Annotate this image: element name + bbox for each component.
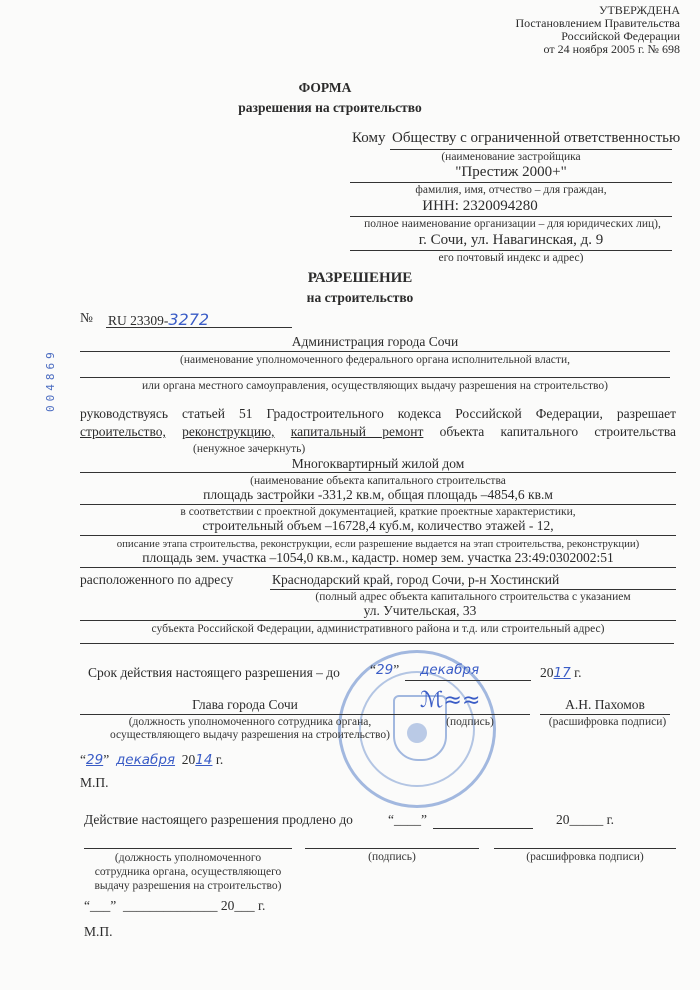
object-hint: (наименование объекта капитального строи… (80, 475, 676, 487)
signer-name-underline (540, 714, 670, 715)
authority-underline (80, 351, 670, 352)
strike-hint: (ненужное зачеркнуть) (193, 443, 305, 455)
area-line: площадь застройки -331,2 кв.м, общая пло… (80, 487, 676, 503)
handwritten-signature: ℳ≈≈ (420, 688, 480, 713)
stage-hint: описание этапа строительства, реконструк… (70, 538, 686, 550)
extension-year-unit: г. (607, 812, 614, 827)
extension-month-underline (433, 828, 533, 829)
validity-year-prefix: 20 (540, 665, 554, 680)
authority-hint1: (наименование уполномоченного федерально… (80, 354, 670, 366)
permit-title: РАЗРЕШЕНИЕ (270, 270, 450, 287)
volume-line: строительный объем –16728,4 куб.м, колич… (80, 518, 676, 534)
ext-date-year-prefix: 20 (221, 898, 235, 913)
signer-name-hint: (расшифровка подписи) (535, 716, 680, 728)
issue-date: “29” декабря 2014 г. (80, 752, 223, 768)
permit-authority: Администрация города Сочи (80, 334, 670, 350)
ext-position-hint1: (должность уполномоченного (84, 851, 292, 865)
validity-year: 2017 г. (540, 665, 581, 681)
issue-month: декабря (116, 752, 175, 768)
ext-position-hint3: выдачу разрешения на строительство) (84, 879, 292, 893)
validity-month: декабря (420, 662, 479, 678)
authority-underline-2 (80, 377, 670, 378)
address-value: Краснодарский край, город Сочи, р-н Хост… (272, 572, 559, 588)
sun-emblem-icon (407, 723, 427, 743)
position-hint2: осуществляющего выдачу разрешения на стр… (90, 729, 410, 741)
issue-year-unit: г. (216, 752, 223, 767)
body-para2: строительство, реконструкцию, капитальны… (80, 424, 676, 440)
permit-subtitle: на строительство (270, 290, 450, 306)
approval-block: УТВЕРЖДЕНА Постановлением Правительства … (515, 4, 680, 56)
blank-underline (80, 643, 674, 644)
land-line: площадь зем. участка –1054,0 кв.м., када… (80, 550, 676, 566)
extension-name-underline (494, 848, 676, 849)
validity-year-unit: г. (574, 665, 581, 680)
object-name: Многоквартирный жилой дом (80, 456, 676, 472)
recipient-label: Кому (352, 130, 385, 147)
authority-hint2: или органа местного самоуправления, осущ… (80, 380, 670, 392)
recipient-inn: ИНН: 2320094280 (350, 198, 610, 215)
extension-name-hint: (расшифровка подписи) (494, 851, 676, 863)
extension-position-hint: (должность уполномоченного сотрудника ор… (84, 851, 292, 893)
signature-underline (80, 714, 530, 715)
recipient-hint1: (наименование застройщика (350, 151, 672, 163)
form-title: ФОРМА (250, 80, 400, 96)
extension-sign-underline (305, 848, 479, 849)
option-repair: капитальный ремонт (291, 424, 424, 439)
street: ул. Учительская, 33 (270, 603, 570, 619)
signature-position: Глава города Сочи (80, 697, 410, 713)
validity-month-underline (405, 680, 531, 681)
approval-line4: от 24 ноября 2005 г. № 698 (515, 43, 680, 56)
recipient-name-line1: Обществу с ограниченной ответственностью (392, 130, 680, 147)
object-underline (80, 472, 676, 473)
ext-position-hint2: сотрудника органа, осуществляющего (84, 865, 292, 879)
extension-date: “___” ______________ 20___ г. (84, 898, 265, 914)
body-para2-tail: объекта капитального строительства (440, 424, 676, 439)
extension-sign-hint: (подпись) (305, 851, 479, 863)
recipient-hint4: его почтовый индекс и адрес) (350, 252, 672, 264)
permit-number-prefix: RU 23309- (108, 313, 168, 328)
recipient-name-line2: "Престиж 2000+" (350, 164, 672, 181)
recipient-hint3: полное наименование организации – для юр… (340, 218, 685, 230)
recipient-hint2: фамилия, имя, отчество – для граждан, (350, 184, 672, 196)
area-hint: в соответствии с проектной документацией… (80, 506, 676, 518)
recipient-underline-3 (350, 216, 672, 217)
recipient-underline-1 (390, 149, 672, 150)
position-hint1: (должность уполномоченного сотрудника ор… (100, 716, 400, 728)
sign-hint: (подпись) (430, 716, 510, 728)
form-subtitle: разрешения на строительство (220, 100, 440, 116)
address-underline (270, 589, 676, 590)
signer-name: А.Н. Пахомов (540, 697, 670, 713)
issue-day: 29 (86, 752, 103, 768)
extension-label: Действие настоящего разрешения продлено … (84, 812, 353, 828)
recipient-underline-2 (350, 182, 672, 183)
extension-position-underline (84, 848, 292, 849)
ext-date-unit: г. (258, 898, 265, 913)
issue-year-handwritten: 14 (195, 752, 212, 768)
permit-number-label: № (80, 310, 93, 326)
address-hint1: (полный адрес объекта капитального строи… (270, 591, 676, 603)
address-hint2: субъекта Российской Федерации, администр… (80, 623, 676, 635)
land-underline (80, 567, 676, 568)
address-label: расположенного по адресу (80, 572, 233, 588)
validity-day: “29” (370, 662, 399, 678)
extension-year: 20_____ г. (556, 812, 614, 828)
extension-year-prefix: 20 (556, 812, 570, 827)
street-underline (80, 620, 676, 621)
extension-seal-mark: М.П. (84, 924, 113, 940)
recipient-underline-4 (350, 250, 672, 251)
seal-mark: М.П. (80, 775, 109, 791)
validity-label: Срок действия настоящего разрешения – до (88, 665, 340, 681)
validity-year-handwritten: 17 (554, 665, 571, 681)
extension-day-blank: “____” (388, 812, 427, 828)
volume-underline (80, 535, 676, 536)
permit-number-underline (106, 327, 292, 328)
issue-year-prefix: 20 (182, 752, 196, 767)
area-underline (80, 504, 676, 505)
validity-day-handwritten: 29 (376, 662, 393, 678)
option-construction: строительство, (80, 424, 166, 439)
body-para1: руководствуясь статьей 51 Градостроитель… (80, 406, 676, 422)
option-reconstruction: реконструкцию, (182, 424, 274, 439)
serial-number: 004869 (44, 348, 57, 412)
recipient-address: г. Сочи, ул. Навагинская, д. 9 (350, 232, 672, 249)
